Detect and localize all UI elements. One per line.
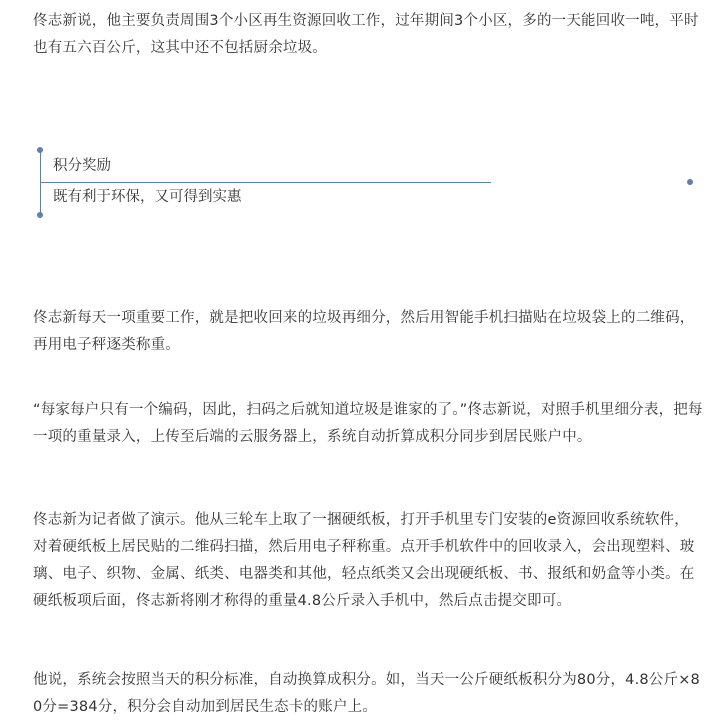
paragraph-points-calculation: 他说，系统会按照当天的积分标准，自动换算成积分。如，当天一公斤硬纸板积分为80分… bbox=[33, 667, 703, 721]
callout-title: 积分奖励 bbox=[53, 156, 111, 176]
callout-subtitle: 既有利于环保，又可得到实惠 bbox=[53, 187, 242, 207]
paragraph-sorting-work: 佟志新每天一项重要工作，就是把收回来的垃圾再细分，然后用智能手机扫描贴在垃圾袋上… bbox=[33, 305, 703, 359]
paragraph-demo: 佟志新为记者做了演示。他从三轮车上取了一捆硬纸板，打开手机里专门安装的e资源回收… bbox=[33, 507, 703, 615]
section-heading-callout: 积分奖励 既有利于环保，又可得到实惠 bbox=[0, 140, 720, 225]
paragraph-household-code: “每家每户只有一个编码，因此，扫码之后就知道垃圾是谁家的了。”佟志新说，对照手机… bbox=[33, 397, 703, 451]
callout-dot-top-icon bbox=[37, 147, 43, 153]
callout-divider bbox=[40, 182, 491, 183]
paragraph-recycling-volume: 佟志新说，他主要负责周围3个小区再生资源回收工作，过年期间3个小区，多的一天能回… bbox=[33, 8, 703, 62]
callout-dot-bottom-icon bbox=[37, 212, 43, 218]
callout-dot-right-icon bbox=[687, 179, 693, 185]
